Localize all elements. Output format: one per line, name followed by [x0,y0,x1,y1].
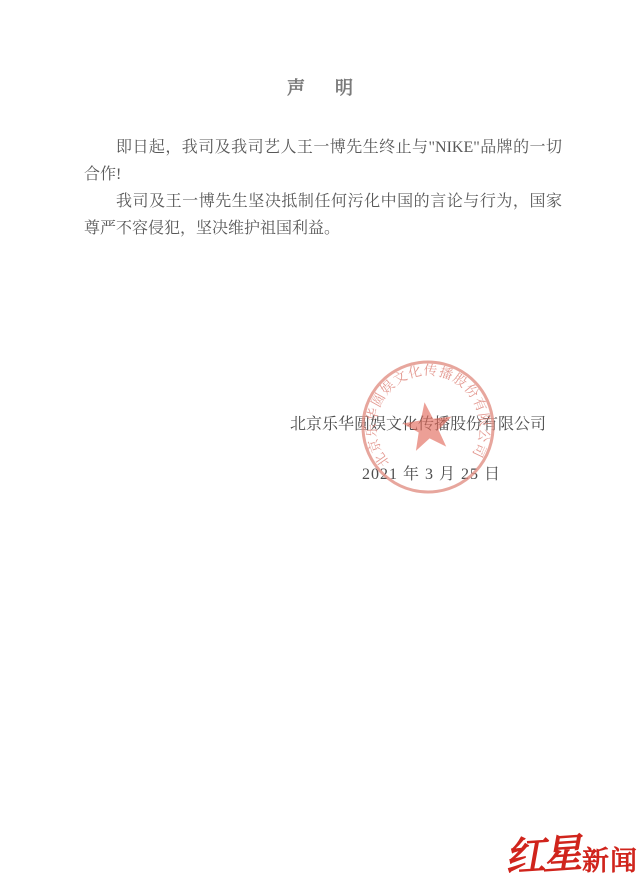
redstar-script-text: 红星 [504,834,580,877]
seal-star-icon [400,399,455,452]
document-body: 即日起，我司及我司艺人王一博先生终止与"NIKE"品牌的一切合作! 我司及王一博… [84,134,562,242]
paragraph-position: 我司及王一博先生坚决抵制任何污化中国的言论与行为，国家尊严不容侵犯，坚决维护祖国… [84,188,562,242]
paragraph-termination: 即日起，我司及我司艺人王一博先生终止与"NIKE"品牌的一切合作! [84,134,562,188]
document-page: 声 明 即日起，我司及我司艺人王一博先生终止与"NIKE"品牌的一切合作! 我司… [0,0,641,877]
redstar-news-logo: 红星 新闻 [505,837,638,875]
document-title: 声 明 [84,74,562,100]
redstar-bold-text: 新闻 [582,847,638,875]
company-seal-stamp: 北京乐华圆娱文化传播股份有限公司 [359,358,497,496]
seal-group: 北京乐华圆娱文化传播股份有限公司 [359,358,497,496]
